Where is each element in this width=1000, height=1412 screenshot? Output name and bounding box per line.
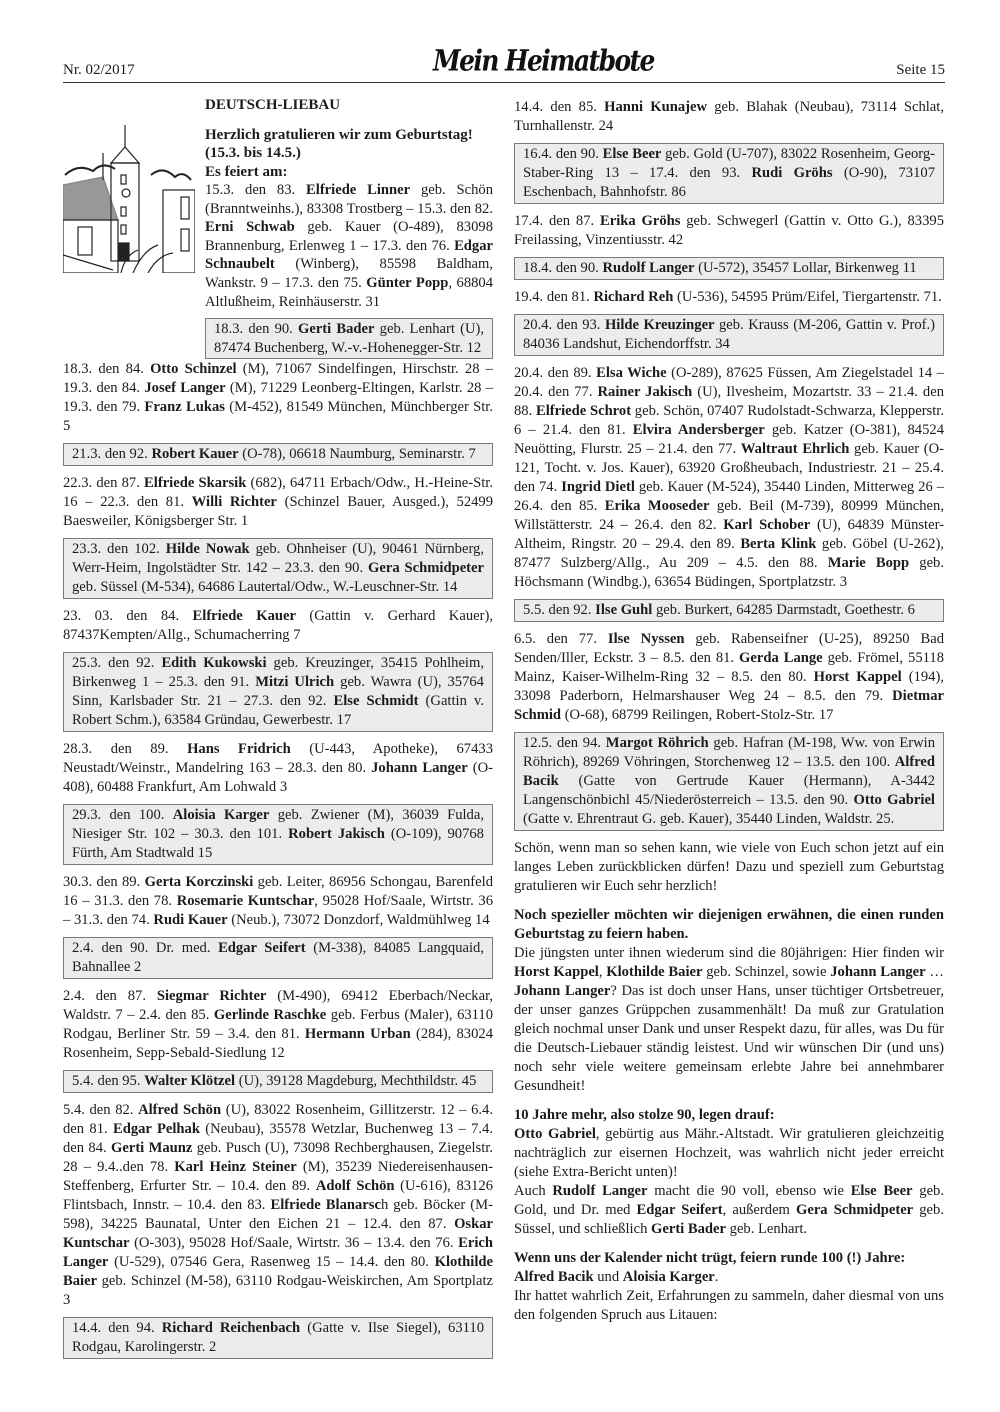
entry-text: 20.4. den 93. — [523, 317, 605, 333]
entry-text: ? Das ist doch unser Hans, unser tüchtig… — [514, 983, 944, 1094]
person-name: Mitzi Ulrich — [255, 674, 334, 690]
person-name: Günter Popp — [366, 275, 448, 291]
entry-text: 21.3. den 92. — [72, 446, 151, 462]
person-name: Otto Gabriel — [853, 792, 935, 808]
entry-text: 18.4. den 90. — [523, 260, 602, 276]
person-name: Alfred Bacik — [514, 1269, 594, 1285]
page-header: Nr. 02/2017 Mein Heimatbote Seite 15 — [63, 52, 945, 83]
entry-text: 18.3. den 90. — [214, 321, 298, 337]
person-name: Edith Kukowski — [161, 655, 266, 671]
entry-text: … — [926, 964, 944, 980]
highlighted-birthday-box: 21.3. den 92. Robert Kauer (O-78), 06618… — [63, 443, 493, 466]
highlighted-birthday-box: 5.4. den 95. Walter Klötzel (U), 39128 M… — [63, 1070, 493, 1093]
birthday-entry: 14.4. den 85. Hanni Kunajew geb. Blahak … — [514, 98, 944, 136]
article-paragraph: Wenn uns der Kalender nicht trügt, feier… — [514, 1249, 944, 1325]
person-name: Hans Fridrich — [187, 741, 291, 757]
paragraph-heading: Wenn uns der Kalender nicht trügt, feier… — [514, 1249, 944, 1268]
entry-text: 23.3. den 102. — [72, 541, 166, 557]
entry-text: (O-303), 95028 Hof/Saale, Wirtstr. 36 – … — [130, 1235, 459, 1251]
person-name: Ilse Guhl — [595, 602, 652, 618]
entry-text: Auch — [514, 1183, 552, 1199]
person-name: Robert Jakisch — [288, 826, 385, 842]
entry-text: 17.4. den 87. — [514, 213, 600, 229]
birthday-entry: 30.3. den 89. Gerta Korczinski geb. Leit… — [63, 873, 493, 930]
intro-heading: Herzlich gratulieren wir zum Geburtstag! — [205, 126, 493, 145]
person-name: Gera Schmidpeter — [368, 560, 484, 576]
highlighted-birthday-box: 2.4. den 90. Dr. med. Edgar Seifert (M-3… — [63, 937, 493, 979]
birthday-entry: Schön, wenn man so sehen kann, wie viele… — [514, 839, 944, 896]
entry-text: 12.5. den 94. — [523, 735, 606, 751]
entry-text: geb. Burkert, 64285 Darmstadt, Goethestr… — [652, 602, 915, 618]
person-name: Elfriede Kauer — [193, 608, 296, 624]
person-name: Else Schmidt — [334, 693, 419, 709]
person-name: Horst Kappel — [514, 964, 599, 980]
entry-text: 14.4. den 94. — [72, 1320, 162, 1336]
highlighted-birthday-box: 25.3. den 92. Edith Kukowski geb. Kreuzi… — [63, 652, 493, 732]
person-name: Otto Schinzel — [150, 361, 236, 377]
person-name: Klothilde Baier — [606, 964, 702, 980]
birthday-entry: 15.3. den 83. Elfriede Linner geb. Schön… — [205, 181, 493, 311]
entry-text: 5.4. den 95. — [72, 1073, 144, 1089]
birthday-entry: 19.4. den 81. Richard Reh (U-536), 54595… — [514, 288, 944, 307]
entry-text: Schön, wenn man so sehen kann, wie viele… — [514, 840, 944, 894]
entry-text: Ihr hattet wahrlich Zeit, Erfahrungen zu… — [514, 1288, 944, 1323]
article-paragraph: 10 Jahre mehr, also stolze 90, legen dra… — [514, 1106, 944, 1239]
person-name: Marie Bopp — [828, 555, 909, 571]
entry-text: 6.5. den 77. — [514, 631, 608, 647]
birthday-entry: 22.3. den 87. Elfriede Skarsik (682), 64… — [63, 474, 493, 531]
person-name: Elfriede Schrot — [536, 403, 631, 419]
right-column: 14.4. den 85. Hanni Kunajew geb. Blahak … — [514, 98, 944, 1332]
entry-text: (O-68), 68799 Reilingen, Robert-Stolz-St… — [561, 707, 833, 723]
person-name: Gerta Korczinski — [145, 874, 254, 890]
entry-text: 5.4. den 82. — [63, 1102, 138, 1118]
person-name: Gerti Bader — [651, 1221, 726, 1237]
person-name: Edgar Seifert — [218, 940, 306, 956]
person-name: Rainer Jakisch — [597, 384, 692, 400]
highlighted-birthday-box: 16.4. den 90. Else Beer geb. Gold (U-707… — [514, 143, 944, 204]
entry-text: , außerdem — [723, 1202, 796, 1218]
person-name: Erni Schwab — [205, 219, 295, 235]
person-name: Horst Kappel — [814, 669, 902, 685]
person-name: Erika Gröhs — [600, 213, 680, 229]
person-name: Rudolf Langer — [602, 260, 694, 276]
person-name: Walter Klötzel — [144, 1073, 235, 1089]
entry-text: geb. Süssel (M-534), 64686 Lautertal/Odw… — [72, 579, 457, 595]
paragraph-heading: 10 Jahre mehr, also stolze 90, legen dra… — [514, 1106, 944, 1125]
person-name: Ilse Nyssen — [608, 631, 685, 647]
left-column: 18.3. den 84. Otto Schinzel (M), 71067 S… — [63, 360, 493, 1367]
entry-text: 2.4. den 87. — [63, 988, 157, 1004]
person-name: Hermann Urban — [305, 1026, 411, 1042]
person-name: Adolf Schön — [316, 1178, 395, 1194]
person-name: Elfriede Linner — [306, 182, 410, 198]
highlighted-birthday-box: 5.5. den 92. Ilse Guhl geb. Burkert, 642… — [514, 599, 944, 622]
issue-number: Nr. 02/2017 — [63, 62, 135, 79]
entry-text: . — [715, 1269, 719, 1285]
person-name: Gerda Lange — [739, 650, 823, 666]
person-name: Robert Kauer — [151, 446, 238, 462]
person-name: Gerti Maunz — [111, 1140, 192, 1156]
person-name: Else Beer — [603, 146, 662, 162]
entry-text: 20.4. den 89. — [514, 365, 596, 381]
person-name: Willi Richter — [192, 494, 277, 510]
person-name: Richard Reh — [593, 289, 673, 305]
highlighted-birthday-box: 20.4. den 93. Hilde Kreuzinger geb. Krau… — [514, 314, 944, 356]
entry-text: 22.3. den 87. — [63, 475, 144, 491]
page-number: Seite 15 — [896, 62, 945, 79]
entry-text: 19.4. den 81. — [514, 289, 593, 305]
church-illustration-icon — [63, 125, 195, 273]
person-name: Hilde Nowak — [166, 541, 250, 557]
person-name: Gerlinde Raschke — [214, 1007, 326, 1023]
entry-text: und — [594, 1269, 623, 1285]
birthday-entry: 5.4. den 82. Alfred Schön (U), 83022 Ros… — [63, 1101, 493, 1310]
person-name: Gerti Bader — [298, 321, 375, 337]
entry-text: (O-78), 06618 Naumburg, Seminarstr. 7 — [239, 446, 476, 462]
entry-text: 2.4. den 90. Dr. med. — [72, 940, 218, 956]
person-name: Aloisia Karger — [623, 1269, 715, 1285]
highlighted-birthday-box: 23.3. den 102. Hilde Nowak geb. Ohnheise… — [63, 538, 493, 599]
intro-section: DEUTSCH-LIEBAU Herzlich gratulieren wir … — [205, 96, 493, 367]
entry-text: (U-529), 07546 Gera, Rasenweg 15 – 14.4.… — [108, 1254, 434, 1270]
highlighted-birthday-box: 18.3. den 90. Gerti Bader geb. Lenhart (… — [205, 318, 493, 359]
person-name: Otto Gabriel — [514, 1126, 596, 1142]
person-name: Elvira Andersberger — [633, 422, 765, 438]
person-name: Berta Klink — [740, 536, 816, 552]
person-name: Franz Lukas — [144, 399, 225, 415]
entry-text: (U-536), 54595 Prüm/Eifel, Tiergartenstr… — [673, 289, 941, 305]
person-name: Johann Langer — [830, 964, 925, 980]
birthday-entry: 23. 03. den 84. Elfriede Kauer (Gattin v… — [63, 607, 493, 645]
birthday-entry: 20.4. den 89. Elsa Wiche (O-289), 87625 … — [514, 364, 944, 592]
person-name: Richard Reichenbach — [162, 1320, 300, 1336]
highlighted-birthday-box: 29.3. den 100. Aloisia Karger geb. Zwien… — [63, 804, 493, 865]
person-name: Waltraut Ehrlich — [741, 441, 849, 457]
person-name: Edgar Pelhak — [113, 1121, 200, 1137]
section-title: DEUTSCH-LIEBAU — [205, 96, 493, 115]
person-name: Gera Schmidpeter — [796, 1202, 913, 1218]
paragraph-heading: Noch spezieller möchten wir diejenigen e… — [514, 906, 944, 944]
birthday-entry: 2.4. den 87. Siegmar Richter (M-490), 69… — [63, 987, 493, 1063]
entry-text: 28.3. den 89. — [63, 741, 187, 757]
person-name: Karl Schober — [723, 517, 810, 533]
person-name: Hanni Kunajew — [604, 99, 707, 115]
entry-text: 18.3. den 84. — [63, 361, 150, 377]
masthead-logo: Mein Heimatbote — [433, 44, 654, 77]
person-name: Elfriede Skarsik — [144, 475, 246, 491]
person-name: Johann Langer — [514, 983, 610, 999]
entry-text: 15.3. den 83. — [205, 182, 306, 198]
entry-text: macht die 90 voll, ebenso wie — [647, 1183, 850, 1199]
person-name: Aloisia Karger — [173, 807, 270, 823]
entry-text: (Gatte v. Ehrentraut G. geb. Kauer), 354… — [523, 811, 894, 827]
person-name: Josef Langer — [144, 380, 225, 396]
entry-text: 5.5. den 92. — [523, 602, 595, 618]
person-name: Hilde Kreuzinger — [605, 317, 715, 333]
person-name: Karl Heinz Steiner — [174, 1159, 296, 1175]
entry-text: geb. Schinzel, sowie — [702, 964, 830, 980]
intro-subheading: Es feiert am: — [205, 163, 493, 182]
birthday-entry: 17.4. den 87. Erika Gröhs geb. Schwegerl… — [514, 212, 944, 250]
entry-text: 29.3. den 100. — [72, 807, 173, 823]
person-name: Margot Röhrich — [606, 735, 709, 751]
birthday-entry: 28.3. den 89. Hans Fridrich (U-443, Apot… — [63, 740, 493, 797]
person-name: Rudolf Langer — [552, 1183, 647, 1199]
entry-text: 16.4. den 90. — [523, 146, 603, 162]
person-name: Alfred Schön — [138, 1102, 221, 1118]
highlighted-birthday-box: 18.4. den 90. Rudolf Langer (U-572), 354… — [514, 257, 944, 280]
highlighted-birthday-box: 12.5. den 94. Margot Röhrich geb. Hafran… — [514, 732, 944, 831]
entry-text: (U), 39128 Magdeburg, Mechthildstr. 45 — [235, 1073, 476, 1089]
person-name: Rudi Gröhs — [751, 165, 832, 181]
person-name: Elfriede Blanarsc — [271, 1197, 381, 1213]
person-name: Edgar Seifert — [637, 1202, 723, 1218]
article-paragraph: Noch spezieller möchten wir diejenigen e… — [514, 906, 944, 1096]
entry-text: Die jüngsten unter ihnen wiederum sind d… — [514, 945, 944, 961]
person-name: Rudi Kauer — [153, 912, 227, 928]
person-name: Erika Mooseder — [605, 498, 710, 514]
entry-text: 25.3. den 92. — [72, 655, 161, 671]
entry-text: 23. 03. den 84. — [63, 608, 193, 624]
person-name: Rosemarie Kuntschar — [177, 893, 315, 909]
entry-text: geb. Lenhart. — [726, 1221, 807, 1237]
person-name: Ingrid Dietl — [561, 479, 635, 495]
person-name: Johann Langer — [371, 760, 468, 776]
birthday-entry: 6.5. den 77. Ilse Nyssen geb. Rabenseifn… — [514, 630, 944, 725]
person-name: Else Beer — [851, 1183, 913, 1199]
entry-text: 14.4. den 85. — [514, 99, 604, 115]
intro-date-range: (15.3. bis 14.5.) — [205, 144, 493, 163]
person-name: Elsa Wiche — [596, 365, 667, 381]
entry-text: 30.3. den 89. — [63, 874, 145, 890]
highlighted-birthday-box: 14.4. den 94. Richard Reichenbach (Gatte… — [63, 1317, 493, 1359]
birthday-entry: 18.3. den 84. Otto Schinzel (M), 71067 S… — [63, 360, 493, 436]
entry-text: (U-572), 35457 Lollar, Birkenweg 11 — [694, 260, 916, 276]
person-name: Siegmar Richter — [157, 988, 267, 1004]
entry-text: geb. Schinzel (M-58), 63110 Rodgau-Weisk… — [63, 1273, 493, 1308]
entry-text: (Neub.), 73072 Donzdorf, Waldmühlweg 14 — [228, 912, 490, 928]
